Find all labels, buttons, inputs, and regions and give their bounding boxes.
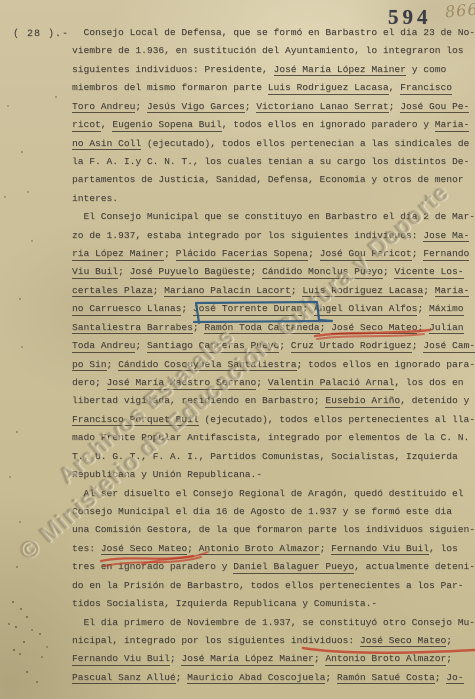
text-line: la F. A. I.y C. N. T., los cuales tenian… <box>72 156 475 174</box>
text-line: po Sin; Cándido Coscuyuela Santaliestra;… <box>72 359 475 377</box>
text-line: Santaliestra Barrabes; Ramón Toda Castan… <box>72 322 475 340</box>
text-line: partamentos de Justicia, Sanidad, Defens… <box>72 174 475 192</box>
ink-specks <box>0 0 2 2</box>
text-line: El Consejo Municipal que se constituyo e… <box>72 211 475 229</box>
text-line: ricot, Eugenio Sopena Buil, todos ellos … <box>72 119 475 137</box>
text-line: El dia primero de Noviembre de 1.937, se… <box>72 617 475 635</box>
corner-label: ( 28 ).- <box>13 29 69 40</box>
text-line: interes. <box>72 193 475 211</box>
text-line: Fernando Viu Buil; José María López Main… <box>72 653 475 671</box>
text-line: miembros del mismo formaron parte Luis R… <box>72 82 475 100</box>
text-line: ria López Mainer; Plácido Facerias Sopen… <box>72 248 475 266</box>
text-line: zo de 1.937, estaba integrado por los si… <box>72 230 475 248</box>
text-line: T., U. G. T., F. A. I., Partidos Comunis… <box>72 451 475 469</box>
text-line: do en la Prisión de Barbastro, todos ell… <box>72 580 475 598</box>
text-line: Al ser disuelto el Consejo Regional de A… <box>72 488 475 506</box>
text-line: no Carruesco Llanas; José Torrente Duran… <box>72 303 475 321</box>
text-line: Toro Andreu; Jesús Vigo Garces; Victoria… <box>72 101 475 119</box>
text-line: tes: José Seco Mateo; Antonio Broto Alma… <box>72 543 475 561</box>
text-line: dero; José María Maestro Serrano; Valent… <box>72 377 475 395</box>
text-line: tres en ignorado paradero y Daniel Balag… <box>72 561 475 579</box>
text-line: Consejo Municipal el dia 16 de Agosto de… <box>72 506 475 524</box>
text-line: Consejo Local de Defensa, que se formó e… <box>72 27 475 45</box>
text-line: Toda Andreu; Santiago Carreras Pueyo; Cr… <box>72 340 475 358</box>
text-line: Pascual Sanz Allué; Mauricio Abad Coscoj… <box>72 672 475 690</box>
handwritten-folio-number: 866 <box>444 0 475 21</box>
text-line: siguientes individuos: Presidente, José … <box>72 64 475 82</box>
text-line: mado Frente Popular Antifascista, integr… <box>72 432 475 450</box>
text-line: certales Plaza; Mariano Palacín Lacort; … <box>72 285 475 303</box>
text-line: Viu Buil; José Puyuelo Bagüeste; Cándido… <box>72 266 475 284</box>
text-line: nicipal, integrado por los siguientes in… <box>72 635 475 653</box>
text-line: libertad vigilada, residiendo en Barbast… <box>72 395 475 413</box>
text-line: viembre de 1.936, en sustitución del Ayu… <box>72 45 475 63</box>
text-line: Francisco Porquet Buil (ejecutado), todo… <box>72 414 475 432</box>
text-line: una Comisión Gestora, de la que formaron… <box>72 524 475 542</box>
text-line: no Asin Coll (ejecutado), todos ellos pe… <box>72 138 475 156</box>
text-line: Republicana y Unión Republicana.- <box>72 469 475 487</box>
document-page: ( 28 ).- 594 866 Consejo Local de Defens… <box>0 0 475 699</box>
text-line: tidos Socialista, Izquierda Republicana … <box>72 598 475 616</box>
typewritten-text: Consejo Local de Defensa, que se formó e… <box>72 27 475 690</box>
